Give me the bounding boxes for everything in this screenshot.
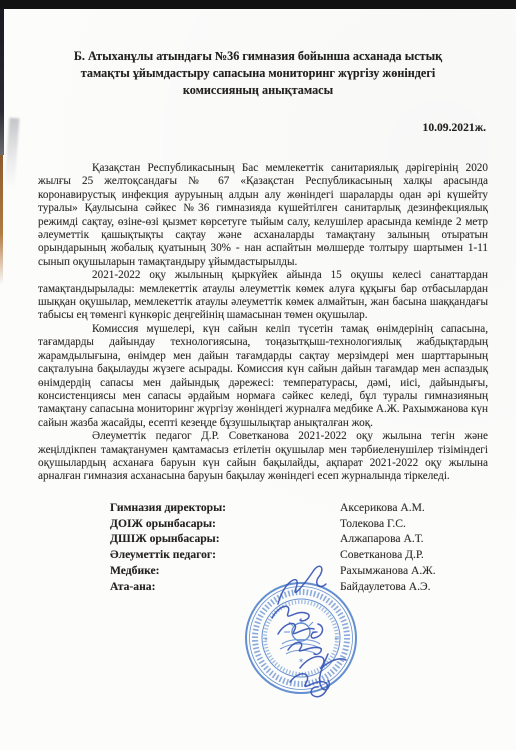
document-title-line-3: комиссияның анықтамасы bbox=[52, 82, 464, 99]
signature-role: Гимназия директоры: bbox=[110, 500, 340, 516]
scan-edge-left-dark bbox=[0, 9, 4, 155]
handwritten-signatures-graphic bbox=[230, 560, 400, 710]
signature-name: Алжапарова А.Т. bbox=[340, 531, 490, 547]
document-title-line-1: Б. Атыханұлы атындағы №36 гимназия бойын… bbox=[52, 48, 464, 65]
scanned-document-page: Б. Атыханұлы атындағы №36 гимназия бойын… bbox=[0, 0, 516, 750]
paragraph-2: 2021-2022 оқу жылының қыркүйек айында 15… bbox=[38, 269, 488, 323]
document-title-line-2: тамақты ұйымдастыру сапасына мониторинг … bbox=[52, 65, 464, 82]
document-title: Б. Атыханұлы атындағы №36 гимназия бойын… bbox=[52, 48, 464, 99]
signature-role: ДОІЖ орынбасары: bbox=[110, 516, 340, 532]
handwritten-signatures-ink bbox=[230, 560, 400, 710]
signature-row: Гимназия директоры: Аксерикова А.М. bbox=[110, 500, 490, 516]
signature-row: ДОІЖ орынбасары: Толекова Г.С. bbox=[110, 516, 490, 532]
paragraph-1: Қазақстан Республикасының Бас мемлекетті… bbox=[38, 162, 488, 269]
signature-row: ДШІЖ орынбасары: Алжапарова А.Т. bbox=[110, 531, 490, 547]
paragraph-4: Әлеуметтік педагог Д.Р. Советканова 2021… bbox=[38, 430, 488, 484]
signature-name: Толекова Г.С. bbox=[340, 516, 490, 532]
scan-edge-left-brown bbox=[0, 155, 3, 285]
document-date: 10.09.2021ж. bbox=[0, 121, 486, 134]
signature-name: Аксерикова А.М. bbox=[340, 500, 490, 516]
paragraph-3: Комиссия мүшелері, күн сайын келіп түсет… bbox=[38, 323, 488, 430]
scan-edge-top bbox=[0, 0, 516, 9]
signature-role: ДШІЖ орынбасары: bbox=[110, 531, 340, 547]
document-body: Қазақстан Республикасының Бас мемлекетті… bbox=[38, 162, 488, 484]
